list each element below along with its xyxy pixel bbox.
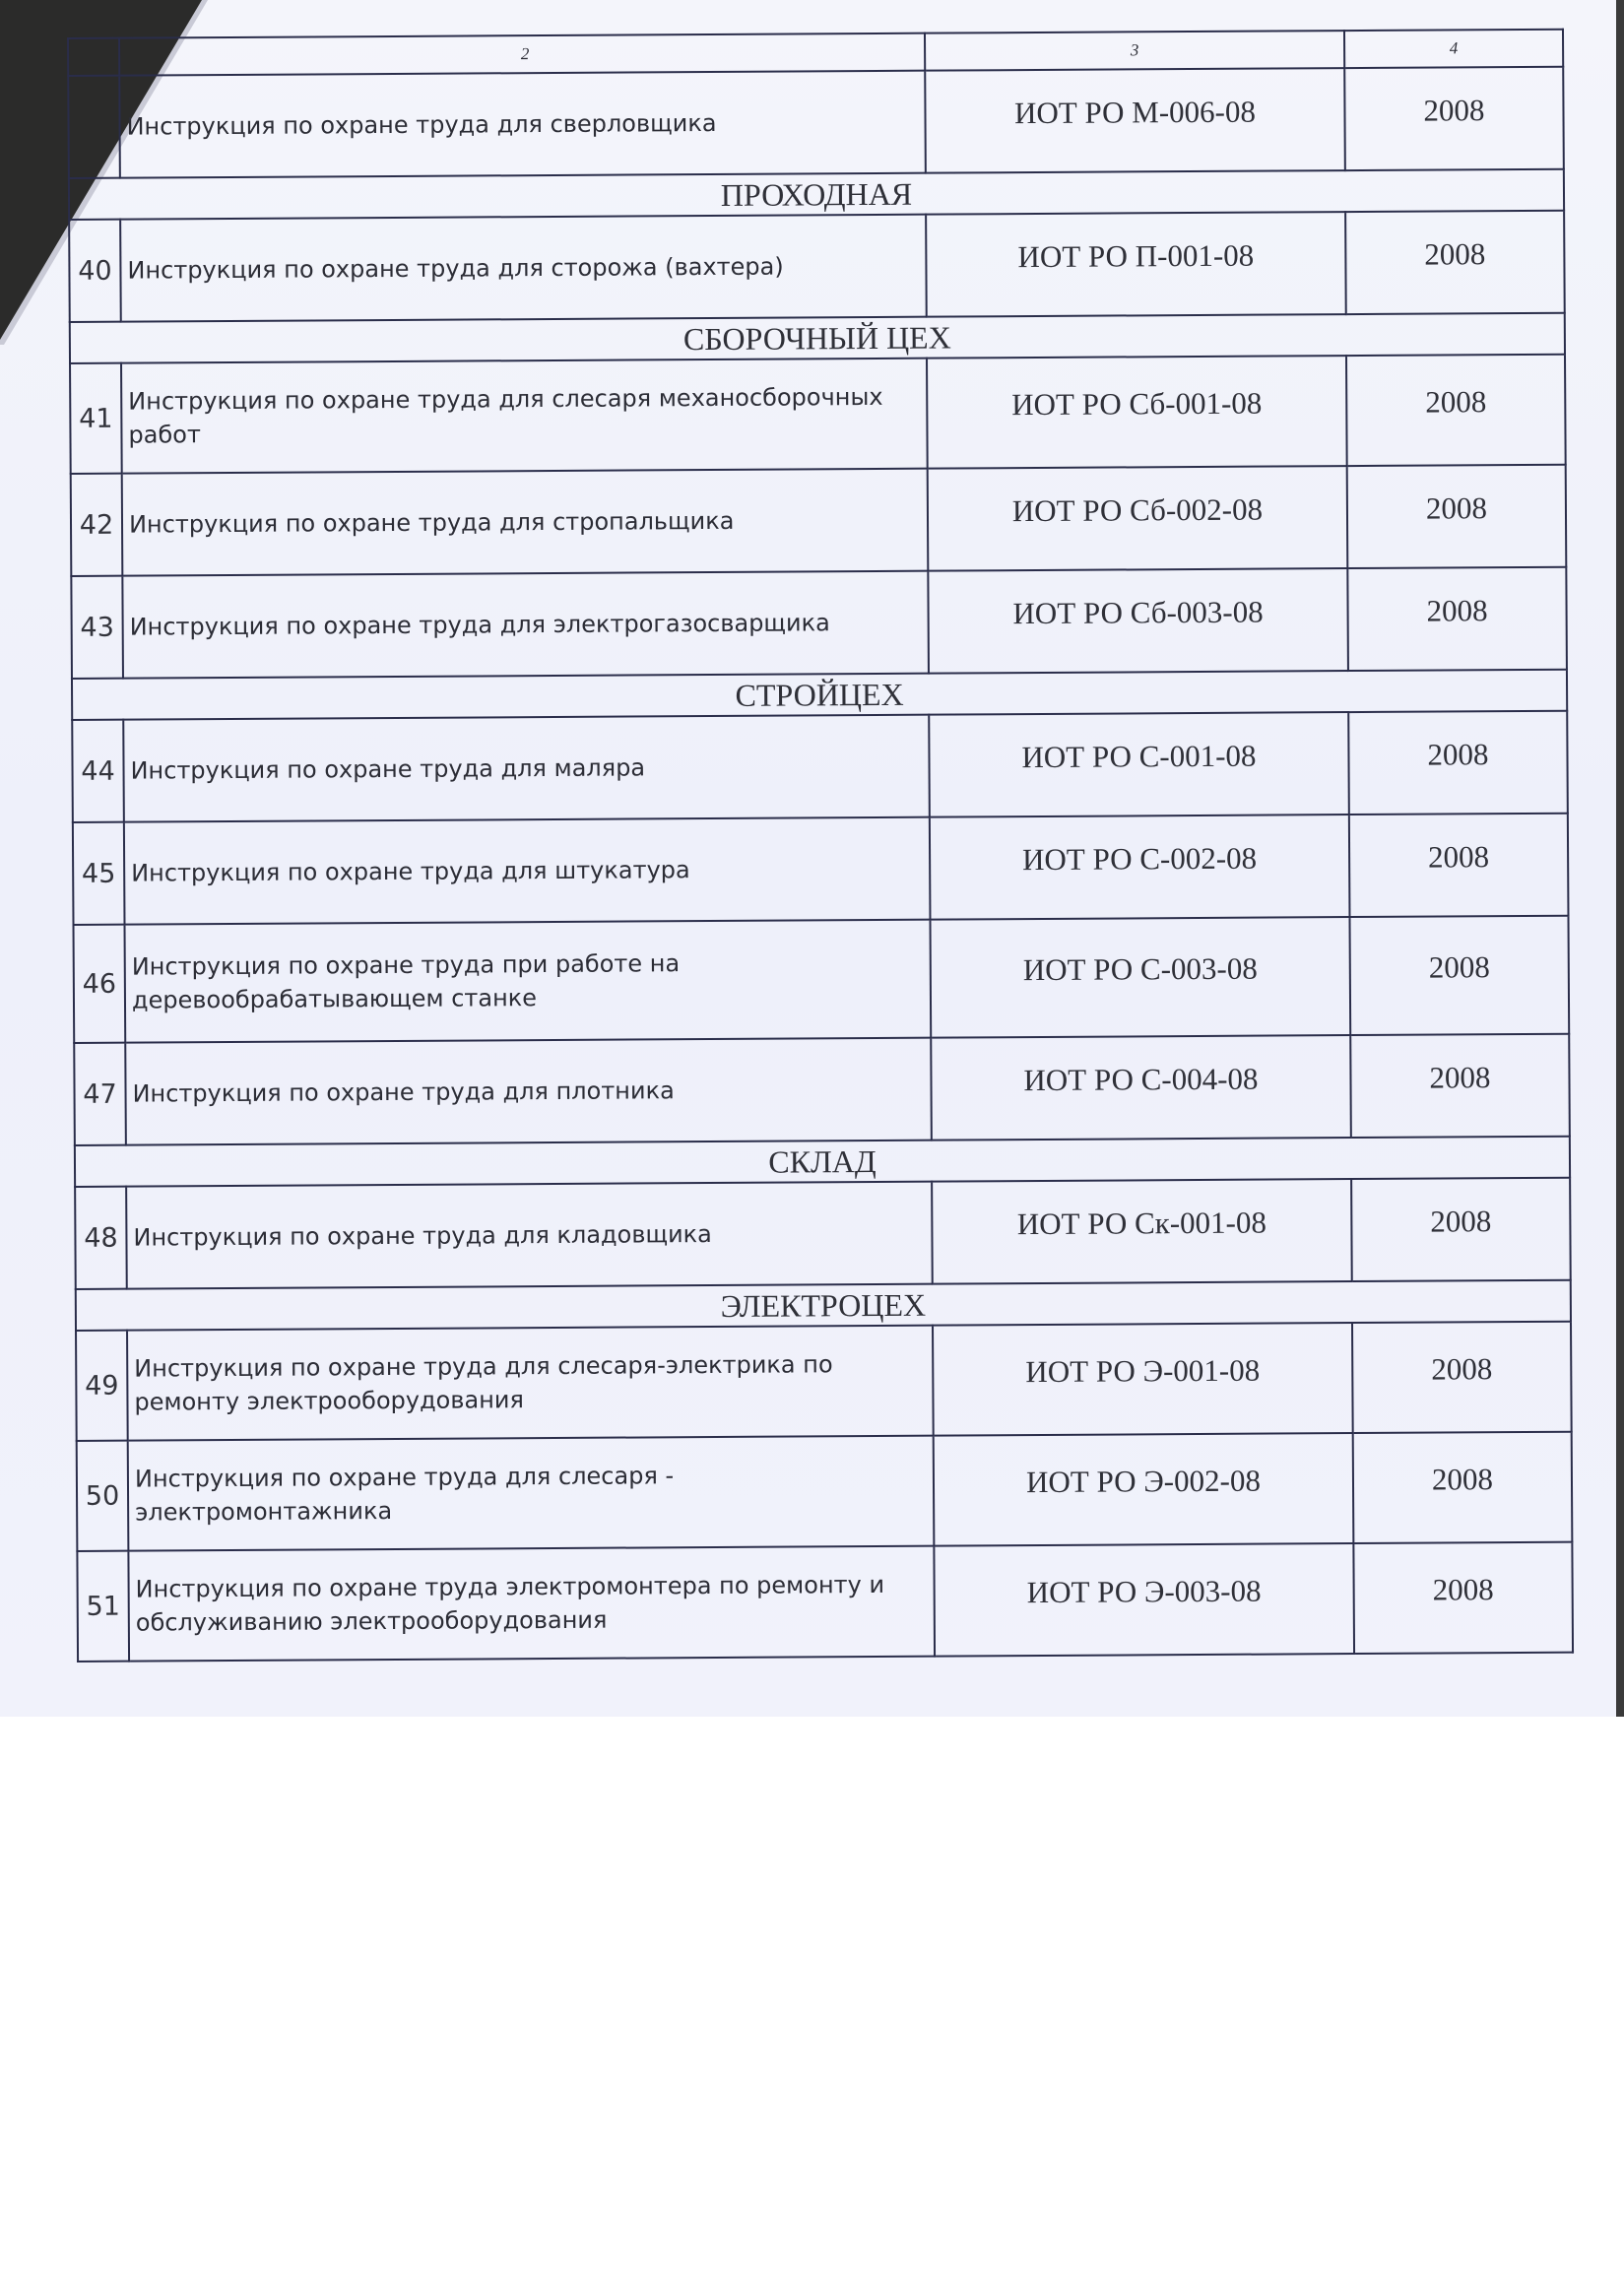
instruction-year: 2008 [1349,916,1569,1035]
row-number: 43 [71,576,123,679]
instruction-year-text: 2008 [1433,1572,1494,1606]
instruction-code: ИОТ РО С-003-08 [930,917,1350,1038]
instruction-year: 2008 [1353,1542,1573,1654]
instruction-year: 2008 [1349,814,1569,917]
instruction-code-text: ИОТ РО П-001-08 [1017,238,1254,274]
instruction-code-text: ИОТ РО Э-002-08 [1026,1464,1261,1499]
row-number: 41 [70,363,122,474]
instruction-code-text: ИОТ РО Ск-001-08 [1017,1206,1267,1242]
instruction-year-text: 2008 [1425,384,1486,419]
table-row: 45Инструкция по охране труда для штукату… [73,814,1569,925]
instruction-code: ИОТ РО Сб-001-08 [927,356,1347,469]
instruction-title: Инструкция по охране труда для плотника [125,1038,932,1145]
table-row: 46Инструкция по охране труда при работе … [74,916,1570,1043]
row-number: 45 [73,822,125,925]
header-col-3: 3 [925,31,1344,71]
row-number: 47 [74,1043,126,1145]
table-row: 42Инструкция по охране труда для стропал… [71,465,1567,576]
instruction-code-text: ИОТ РО Э-003-08 [1027,1574,1262,1609]
instruction-title: Инструкция по охране труда для слесаря -… [128,1436,935,1551]
instruction-year-text: 2008 [1426,490,1487,525]
instruction-title: Инструкция по охране труда для кладовщик… [126,1182,933,1289]
instruction-code: ИОТ РО С-001-08 [929,712,1349,817]
table-row: Инструкция по охране труда для сверловщи… [68,67,1564,178]
instruction-year-text: 2008 [1430,1204,1491,1238]
table-row: 47Инструкция по охране труда для плотник… [74,1034,1570,1145]
instruction-year: 2008 [1346,355,1566,466]
table-row: 51Инструкция по охране труда электромонт… [77,1542,1573,1662]
instruction-title: Инструкция по охране труда для слесаря-э… [127,1326,934,1441]
instruction-title: Инструкция по охране труда для штукатура [124,817,931,925]
instruction-year-text: 2008 [1432,1462,1493,1496]
instruction-year-text: 2008 [1429,1060,1490,1094]
instruction-title: Инструкция по охране труда при работе на… [125,920,932,1043]
instruction-year-text: 2008 [1423,93,1484,127]
instruction-code-text: ИОТ РО Э-001-08 [1025,1353,1260,1389]
instruction-code: ИОТ РО С-004-08 [931,1035,1351,1141]
instruction-year: 2008 [1351,1178,1571,1281]
instruction-title: Инструкция по охране труда для стропальщ… [122,469,929,576]
instruction-year: 2008 [1344,67,1564,170]
table-row: 49Инструкция по охране труда для слесаря… [76,1322,1572,1441]
instruction-title: Инструкция по охране труда для сторожа (… [120,215,927,322]
instructions-table: 1 2 3 4 Инструкция по охране труда для с… [67,29,1574,1663]
instruction-code: ИОТ РО Э-001-08 [933,1323,1353,1436]
scanner-edge-strip [1616,0,1624,1717]
row-number [68,76,120,178]
instruction-title: Инструкция по охране труда для электрога… [122,571,929,679]
instruction-title: Инструкция по охране труда для маляра [123,715,930,822]
row-number: 49 [76,1331,128,1441]
instruction-year-text: 2008 [1428,839,1489,874]
header-col-4: 4 [1344,30,1563,68]
instruction-year-text: 2008 [1427,737,1488,771]
instruction-year-text: 2008 [1424,236,1485,271]
row-number: 40 [69,220,121,322]
row-number: 50 [77,1441,129,1551]
instruction-year: 2008 [1348,711,1568,815]
row-number: 48 [75,1187,127,1289]
table-row: 43Инструкция по охране труда для электро… [71,567,1567,679]
instruction-year: 2008 [1353,1432,1573,1543]
instruction-code: ИОТ РО Сб-002-08 [928,466,1348,571]
instruction-code-text: ИОТ РО С-002-08 [1022,841,1257,877]
row-number: 42 [71,474,123,576]
instruction-code: ИОТ РО М-006-08 [925,68,1345,173]
table-row: 48Инструкция по охране труда для кладовщ… [75,1178,1571,1289]
instruction-code-text: ИОТ РО Сб-001-08 [1011,386,1262,423]
instruction-code: ИОТ РО С-002-08 [930,815,1350,920]
instruction-year: 2008 [1352,1322,1572,1433]
instruction-title: Инструкция по охране труда для сверловщи… [119,71,926,178]
instruction-year: 2008 [1345,211,1565,314]
table-row: 50Инструкция по охране труда для слесаря… [77,1432,1573,1551]
row-number: 51 [77,1551,129,1662]
instruction-code: ИОТ РО Ск-001-08 [932,1179,1352,1284]
instruction-year: 2008 [1347,567,1567,671]
table-row: 40Инструкция по охране труда для сторожа… [69,211,1565,322]
instruction-title: Инструкция по охране труда электромонтер… [128,1546,935,1662]
instruction-code: ИОТ РО Э-002-08 [934,1433,1354,1546]
instruction-code-text: ИОТ РО С-003-08 [1023,951,1258,987]
instruction-code-text: ИОТ РО С-001-08 [1021,739,1256,774]
instruction-code: ИОТ РО П-001-08 [926,212,1346,317]
instruction-code: ИОТ РО Сб-003-08 [928,568,1348,674]
instruction-year-text: 2008 [1431,1351,1492,1386]
header-col-2: 2 [119,33,925,76]
table-row: 41Инструкция по охране труда для слесаря… [70,355,1566,474]
instruction-code-text: ИОТ РО Сб-002-08 [1012,492,1263,529]
instruction-code-text: ИОТ РО Сб-003-08 [1012,595,1263,631]
instruction-year-text: 2008 [1426,593,1487,627]
row-number: 46 [74,925,126,1043]
instruction-code: ИОТ РО Э-003-08 [934,1543,1354,1657]
instruction-year-text: 2008 [1429,949,1490,984]
table-row: 44Инструкция по охране труда для маляраИ… [72,711,1568,822]
instruction-year: 2008 [1350,1034,1570,1138]
header-col-1: 1 [68,38,119,76]
instruction-title: Инструкция по охране труда для слесаря м… [121,359,928,474]
scanned-page: 1 2 3 4 Инструкция по охране труда для с… [0,0,1624,1717]
instruction-code-text: ИОТ РО С-004-08 [1023,1062,1258,1097]
instruction-code-text: ИОТ РО М-006-08 [1014,95,1256,130]
instruction-year: 2008 [1347,465,1567,568]
row-number: 44 [72,720,124,822]
